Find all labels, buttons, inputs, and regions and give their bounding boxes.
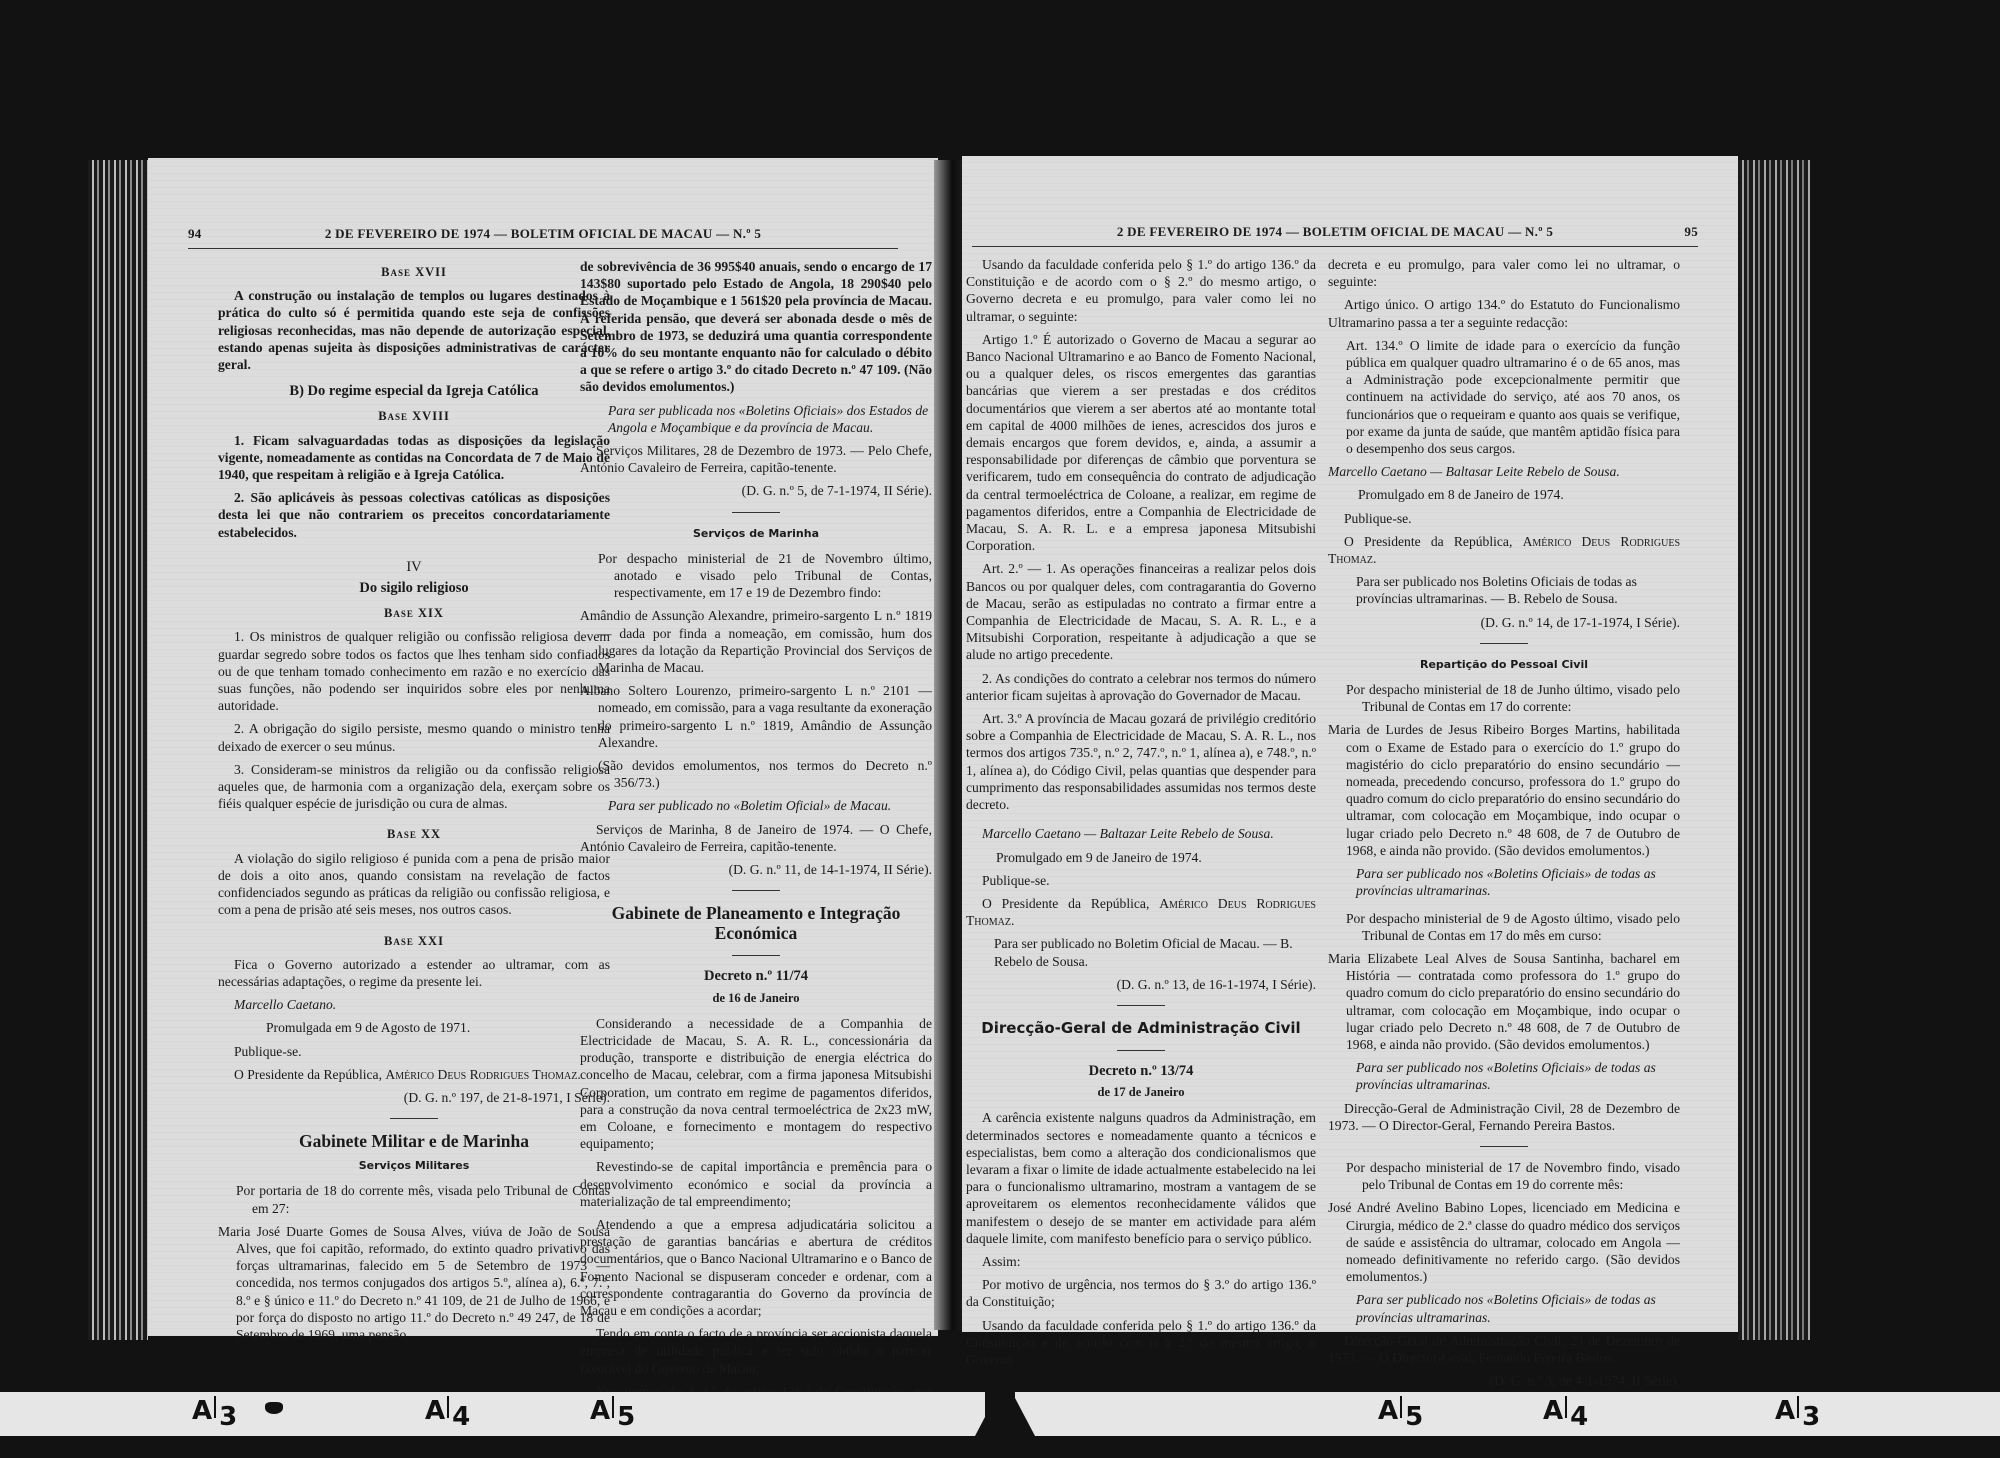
book-gutter: [934, 160, 964, 1330]
paragraph: 2. A obrigação do sigilo persiste, mesmo…: [218, 720, 610, 754]
service-heading: Serviços Militares: [218, 1157, 610, 1174]
chapter-number: IV: [218, 559, 610, 576]
despacho-item: José André Avelino Babino Lopes, licenci…: [1328, 1199, 1680, 1285]
president: O Presidente da República, Américo Deus …: [1328, 533, 1680, 567]
left-page: 94 2 DE FEVEREIRO DE 1974 — BOLETIM OFIC…: [148, 158, 938, 1336]
paragraph: Por motivo de urgência, nos termos do § …: [966, 1276, 1316, 1310]
frame-marker: A3: [192, 1396, 237, 1426]
signature-block: Direcção-Geral de Administração Civil, 2…: [1328, 1332, 1680, 1366]
despacho-item: Albano Soltero Lourenzo, primeiro-sargen…: [580, 682, 932, 751]
portaria-intro: Por portaria de 18 do corrente mês, visa…: [218, 1182, 610, 1216]
paragraph: Considerando a necessidade de a Companhi…: [580, 1015, 932, 1153]
right-column-1: Usando da faculdade conferida pelo § 1.º…: [966, 256, 1316, 1374]
signature-block: Serviços de Marinha, 8 de Janeiro de 197…: [580, 821, 932, 855]
publication-note: Para ser publicado nos Boletins Oficiais…: [1328, 573, 1680, 607]
signature-block: Direcção-Geral de Administração Civil, 2…: [1328, 1100, 1680, 1134]
paragraph: 1. Ficam salvaguardadas todas as disposi…: [218, 432, 610, 484]
running-head-title: 2 DE FEVEREIRO DE 1974 — BOLETIM OFICIAL…: [972, 224, 1698, 240]
publication-note: Para ser publicado no Boletim Oficial de…: [966, 935, 1316, 969]
base-heading: Base XVII: [218, 264, 610, 281]
paragraph: Artigo único. O artigo 134.º do Estatuto…: [1328, 296, 1680, 330]
left-column-1: Base XVII A construção ou instalação de …: [218, 258, 610, 1349]
promulgation: Promulgado em 8 de Janeiro de 1974.: [1328, 486, 1680, 503]
publication-note: Para ser publicado no «Boletim Oficial» …: [580, 797, 932, 814]
paragraph: Usando da faculdade conferida pelo § 1.º…: [966, 256, 1316, 325]
dg-reference: (D. G. n.º 197, de 21-8-1971, I Série).: [218, 1089, 610, 1106]
publique: Publique-se.: [218, 1043, 610, 1060]
department-heading: Gabinete de Planeamento e Integração Eco…: [580, 903, 932, 943]
department-heading: Gabinete Militar e de Marinha: [218, 1131, 610, 1151]
portaria-text: Maria José Duarte Gomes de Sousa Alves, …: [218, 1223, 610, 1343]
film-strip-left: [0, 1392, 985, 1436]
publication-note: Para ser publicado nos «Boletins Oficiai…: [1328, 1291, 1680, 1325]
department-heading: Direcção-Geral de Administração Civil: [966, 1018, 1316, 1038]
section-rule: [732, 512, 780, 513]
decree-date: de 16 de Janeiro: [580, 990, 932, 1007]
paragraph: de sobrevivência de 36 995$40 anuais, se…: [580, 258, 932, 396]
paragraph: decreta e eu promulgo, para valer como l…: [1328, 256, 1680, 290]
running-head-right: 2 DE FEVEREIRO DE 1974 — BOLETIM OFICIAL…: [972, 224, 1698, 247]
despacho-item: Maria de Lurdes de Jesus Ribeiro Borges …: [1328, 721, 1680, 859]
right-column-2: decreta e eu promulgo, para valer como l…: [1328, 256, 1680, 1395]
service-heading: Serviços de Marinha: [580, 525, 932, 542]
film-strip-right: [1015, 1392, 2000, 1436]
section-heading: B) Do regime especial da Igreja Católica: [218, 383, 610, 400]
promulgation: Promulgada em 9 de Agosto de 1971.: [218, 1019, 610, 1036]
decree-title: Decreto n.º 11/74: [580, 968, 932, 985]
section-rule: [390, 1118, 438, 1119]
signature: Marcello Caetano.: [218, 996, 610, 1013]
film-blemish: [265, 1402, 283, 1414]
base-heading: Base XVIII: [218, 408, 610, 425]
paragraph: Assim:: [966, 1253, 1316, 1270]
despacho-item: Maria Elizabete Leal Alves de Sousa Sant…: [1328, 950, 1680, 1053]
section-rule: [1117, 1005, 1165, 1006]
decree-date: de 17 de Janeiro: [966, 1084, 1316, 1101]
paragraph: A violação do sigilo religioso é punida …: [218, 850, 610, 919]
signature-block: Serviços Militares, 28 de Dezembro de 19…: [580, 442, 932, 476]
right-page-edges: [1738, 160, 1810, 1340]
paragraph: Atendendo a que a empresa adjudicatária …: [580, 1216, 932, 1319]
frame-marker: A5: [1378, 1396, 1423, 1426]
president: O Presidente da República, Américo Deus …: [966, 895, 1316, 929]
publication-note: Para ser publicado nos «Boletins Oficiai…: [1328, 1059, 1680, 1093]
paragraph: A carência existente nalguns quadros da …: [966, 1109, 1316, 1247]
publique: Publique-se.: [966, 872, 1316, 889]
despacho-intro: Por despacho ministerial de 18 de Junho …: [1328, 681, 1680, 715]
frame-marker: A4: [1543, 1396, 1588, 1426]
article: Art. 3.º A província de Macau gozará de …: [966, 710, 1316, 813]
frame-marker: A4: [425, 1396, 470, 1426]
left-column-2: de sobrevivência de 36 995$40 anuais, se…: [580, 258, 932, 1423]
president-name: Américo Deus Rodrigues Thomaz.: [385, 1067, 580, 1082]
section-rule: [732, 955, 780, 956]
dg-reference: (D. G. n.º 5, de 7-1-1974, II Série).: [580, 482, 932, 499]
despacho-intro: Por despacho ministerial de 9 de Agosto …: [1328, 910, 1680, 944]
dg-reference: (D. G. n.º 3, de 4-1-1974, II Série).: [1328, 1372, 1680, 1389]
section-rule: [732, 890, 780, 891]
base-heading: Base XIX: [218, 605, 610, 622]
president: O Presidente da República, Américo Deus …: [218, 1066, 610, 1083]
despacho-intro: Por despacho ministerial de 17 de Novemb…: [1328, 1159, 1680, 1193]
paragraph: A construção ou instalação de templos ou…: [218, 287, 610, 373]
decree-title: Decreto n.º 13/74: [966, 1063, 1316, 1080]
emolument-note: (São devidos emolumentos, nos termos do …: [580, 757, 932, 791]
film-notch-right: [1015, 1398, 1035, 1436]
frame-marker: A5: [590, 1396, 635, 1426]
base-heading: Base XXI: [218, 933, 610, 950]
article: Artigo 1.º É autorizado o Governo de Mac…: [966, 331, 1316, 555]
film-notch-left: [975, 1398, 995, 1436]
running-head-left: 94 2 DE FEVEREIRO DE 1974 — BOLETIM OFIC…: [188, 226, 898, 249]
article: Art. 2.º — 1. As operações financeiras a…: [966, 560, 1316, 663]
running-head-title: 2 DE FEVEREIRO DE 1974 — BOLETIM OFICIAL…: [188, 226, 898, 242]
page-number: 95: [1684, 224, 1698, 240]
section-rule: [1480, 643, 1528, 644]
dg-reference: (D. G. n.º 11, de 14-1-1974, II Série).: [580, 861, 932, 878]
publication-note: Para ser publicada nos «Boletins Oficiai…: [580, 402, 932, 436]
signature: Marcello Caetano — Baltasar Leite Rebelo…: [1328, 463, 1680, 480]
paragraph: Tendo em conta o facto de a província se…: [580, 1325, 932, 1377]
section-rule: [1480, 1146, 1528, 1147]
chapter-title: Do sigilo religioso: [218, 580, 610, 597]
right-page: 2 DE FEVEREIRO DE 1974 — BOLETIM OFICIAL…: [962, 156, 1738, 1332]
frame-marker: A3: [1775, 1396, 1820, 1426]
paragraph: Revestindo-se de capital importância e p…: [580, 1158, 932, 1210]
signature: Marcello Caetano — Baltazar Leite Rebelo…: [966, 825, 1316, 842]
left-page-edges: [88, 160, 148, 1340]
publique: Publique-se.: [1328, 510, 1680, 527]
paragraph: 3. Consideram-se ministros da religião o…: [218, 761, 610, 813]
paragraph: Usando da faculdade conferida pelo § 1.º…: [966, 1317, 1316, 1369]
section-rule: [1117, 1050, 1165, 1051]
paragraph: 2. São aplicáveis às pessoas colectivas …: [218, 489, 610, 541]
dg-reference: (D. G. n.º 14, de 17-1-1974, I Série).: [1328, 614, 1680, 631]
paragraph: Fica o Governo autorizado a estender ao …: [218, 956, 610, 990]
dg-reference: (D. G. n.º 13, de 16-1-1974, I Série).: [966, 976, 1316, 993]
despacho-intro: Por despacho ministerial de 21 de Novemb…: [580, 550, 932, 602]
article: 2. As condições do contrato a celebrar n…: [966, 670, 1316, 704]
base-heading: Base XX: [218, 826, 610, 843]
paragraph: 1. Os ministros de qualquer religião ou …: [218, 628, 610, 714]
service-heading: Repartição do Pessoal Civil: [1328, 656, 1680, 673]
despacho-item: Amândio de Assunção Alexandre, primeiro-…: [580, 607, 932, 676]
quoted-article: Art. 134.º O limite de idade para o exer…: [1328, 337, 1680, 457]
publication-note: Para ser publicado nos «Boletins Oficiai…: [1328, 865, 1680, 899]
promulgation: Promulgado em 9 de Janeiro de 1974.: [966, 849, 1316, 866]
